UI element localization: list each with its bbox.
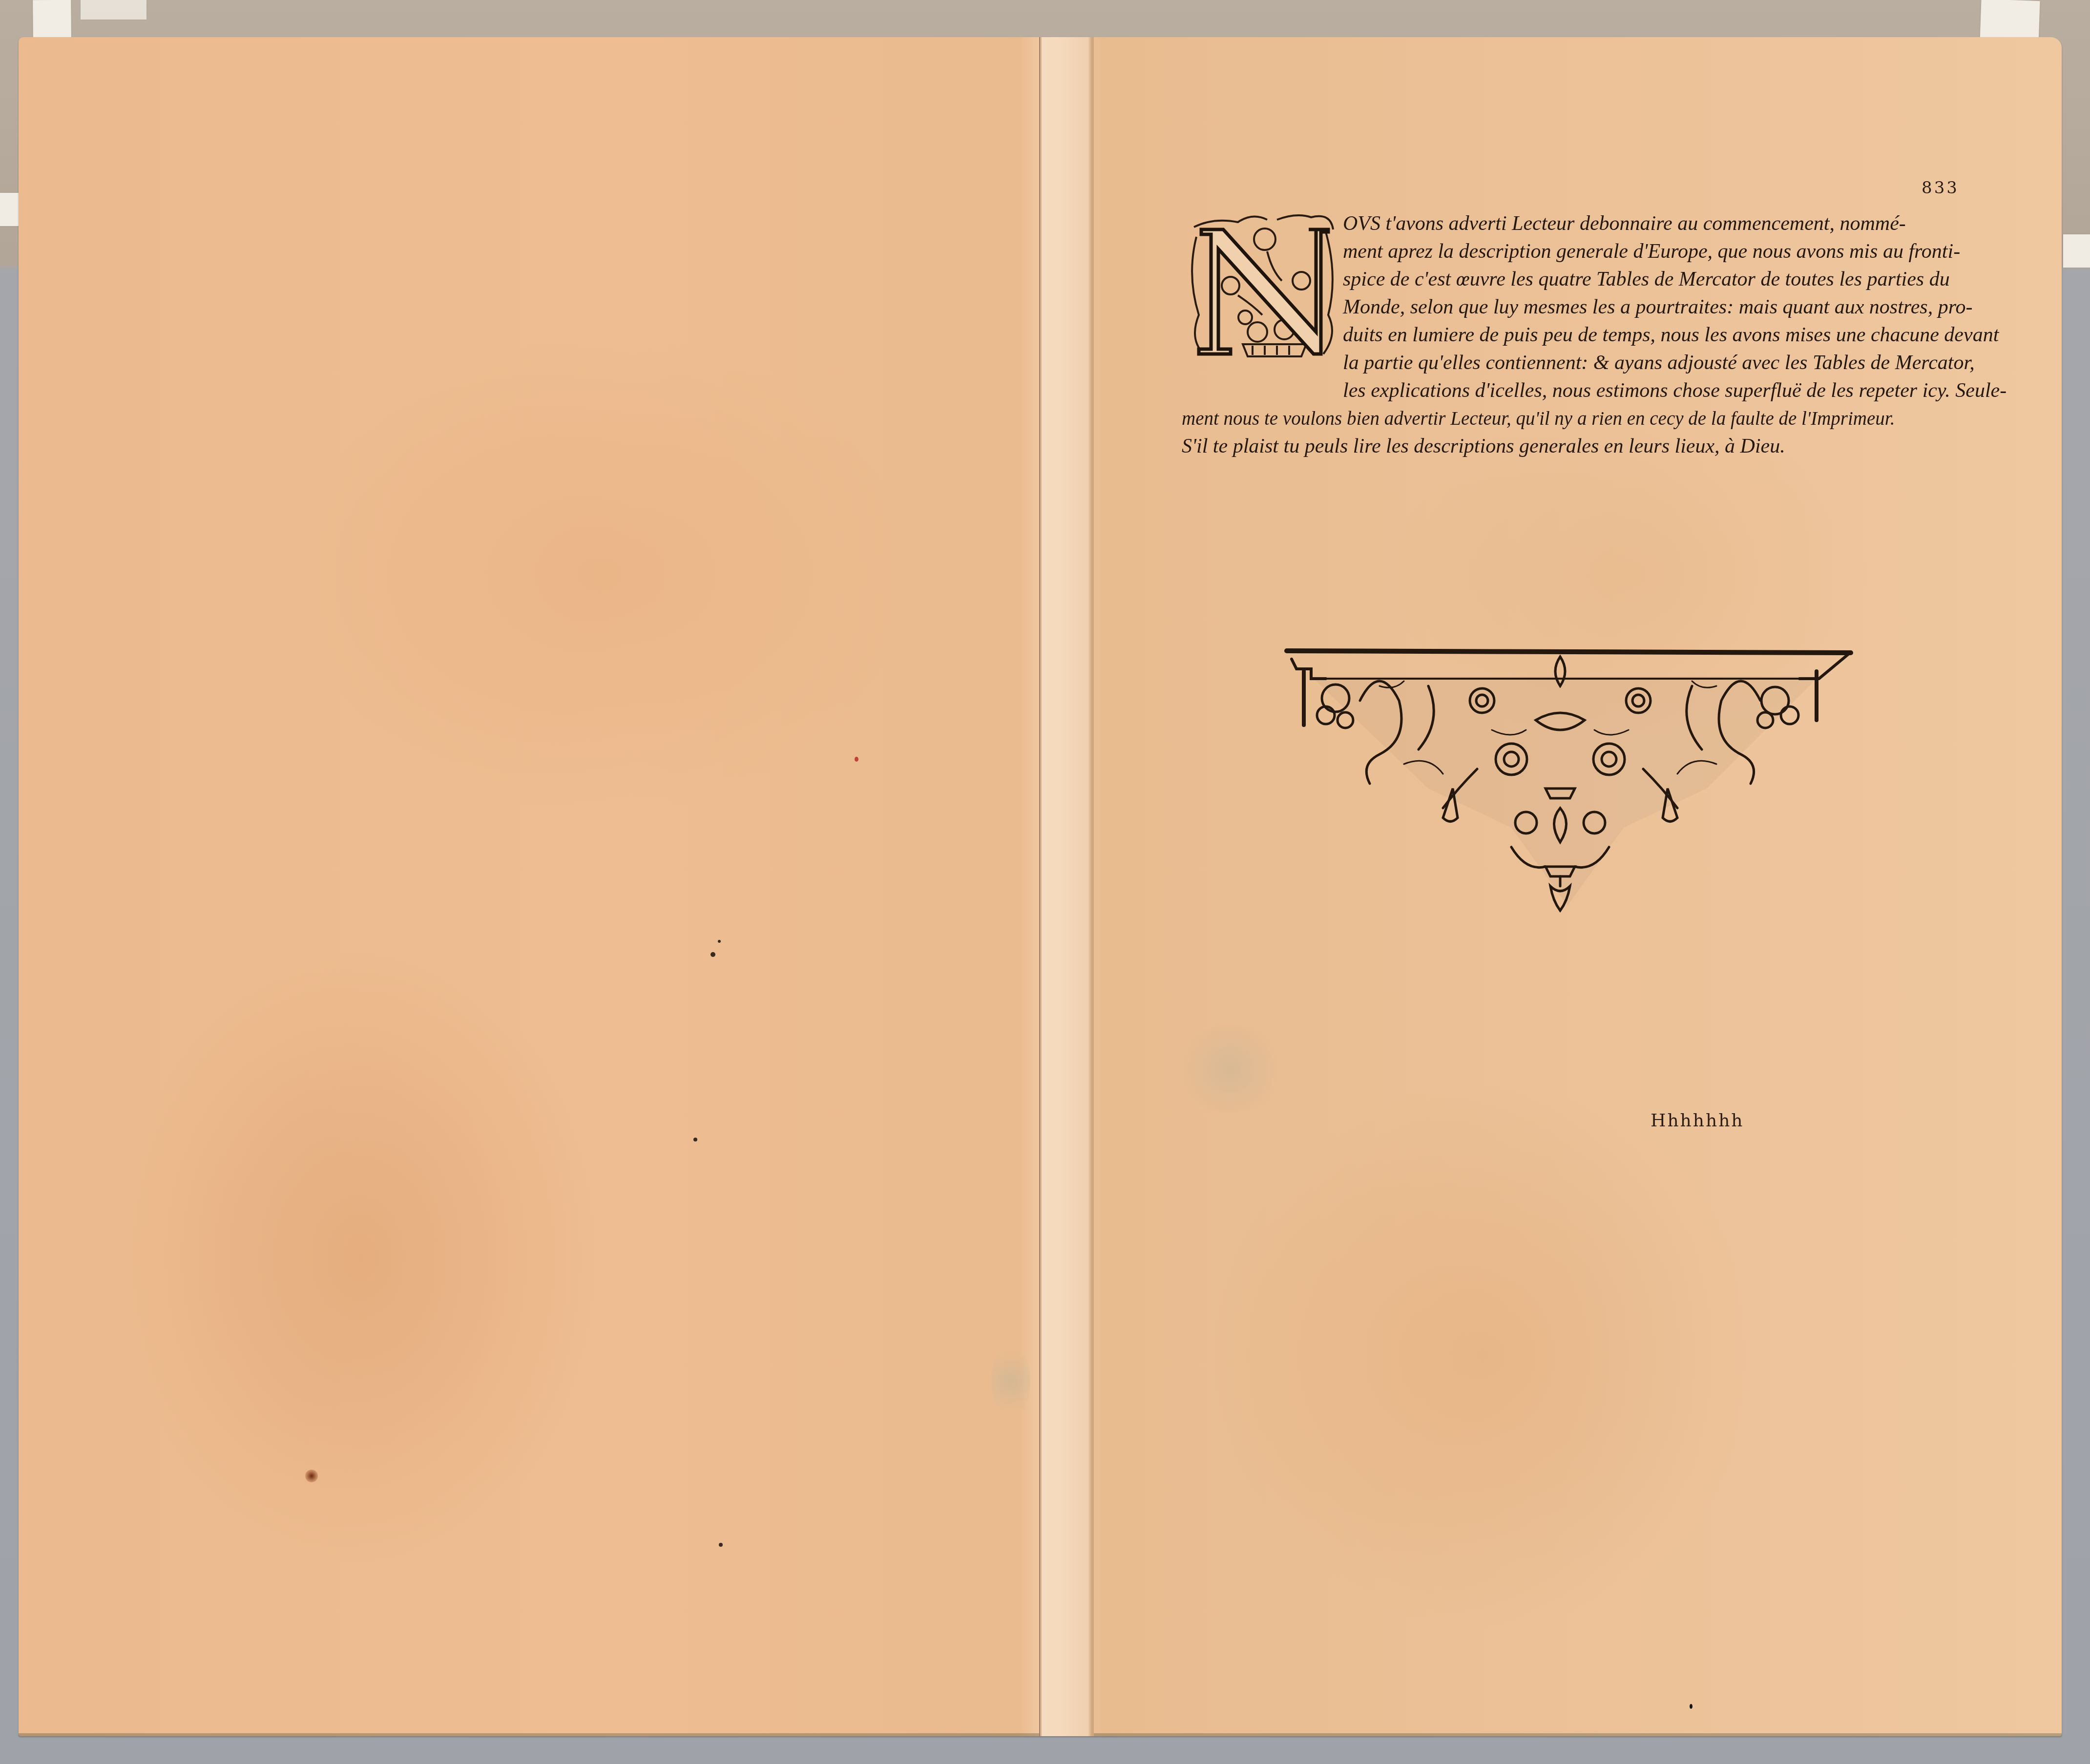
text-line: Monde, selon que luy mesmes les a pourtr…	[1182, 293, 1970, 321]
left-page	[19, 37, 1039, 1736]
tape-right-edge	[2063, 234, 2090, 268]
page-number: 833	[1922, 178, 1959, 198]
body-text: OVS t'avons adverti Lecteur debonnaire a…	[1182, 210, 1970, 460]
center-fold-guard	[1039, 37, 1094, 1736]
tape-left-edge	[0, 193, 20, 226]
center-fold-line	[1039, 37, 1040, 1736]
text-line: la partie qu'elles contiennent: & ayans …	[1182, 349, 1970, 377]
tape-top-left-2	[81, 0, 146, 20]
text-line: les explications d'icelles, nous estimon…	[1182, 377, 1970, 405]
signature-mark: Hhhhhhh	[1651, 1111, 1744, 1131]
text-line: duits en lumiere de puis peu de temps, n…	[1182, 321, 1970, 349]
text-line: ment aprez la description generale d'Eur…	[1182, 238, 1970, 266]
text-line: OVS t'avons adverti Lecteur debonnaire a…	[1182, 210, 1970, 238]
tailpiece-ornament-icon	[1282, 642, 1853, 915]
text-line: spice de c'est œuvre les quatre Tables d…	[1182, 266, 1970, 293]
text-line: S'il te plaist tu peuls lire les descrip…	[1182, 433, 1970, 460]
text-line: ment nous te voulons bien advertir Lecte…	[1182, 405, 1970, 433]
